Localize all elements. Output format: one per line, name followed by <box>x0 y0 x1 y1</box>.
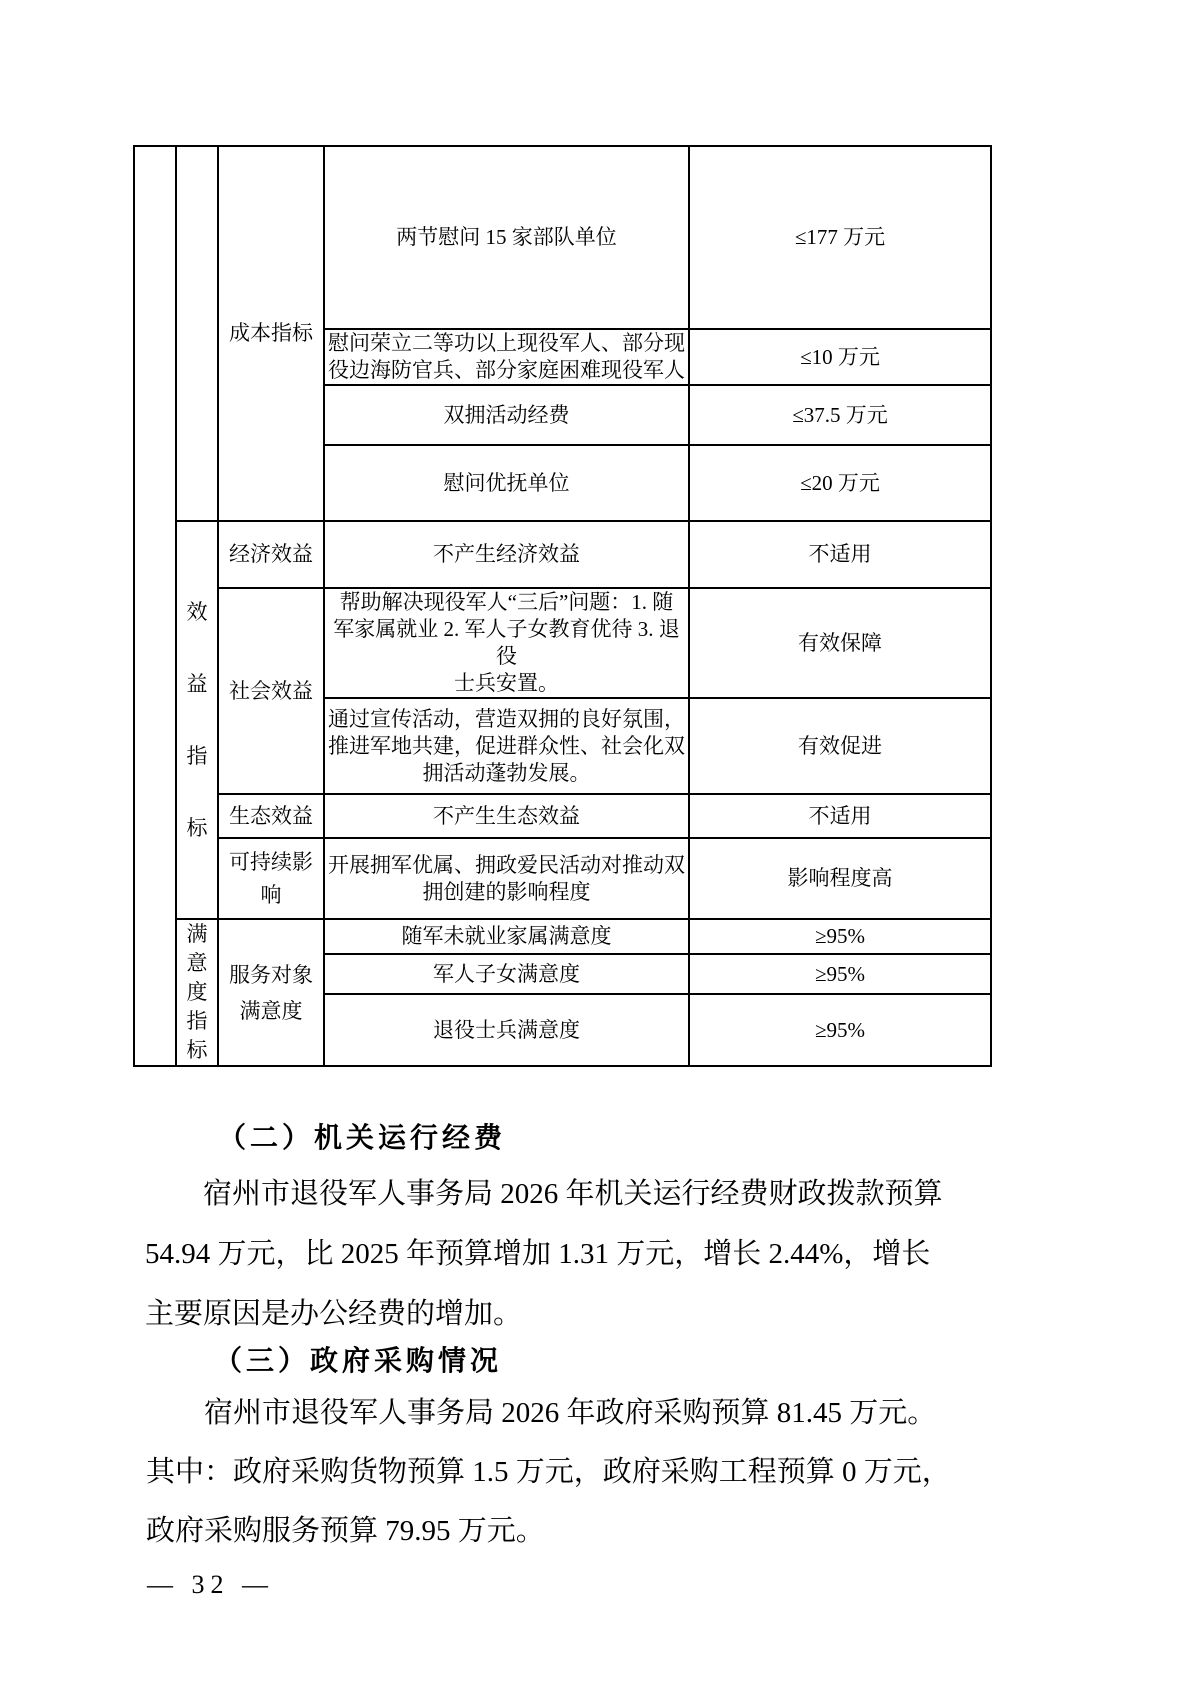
indicator-cell: 随军未就业家属满意度 <box>324 919 689 954</box>
benefit-section-label: 效益指标 <box>176 521 218 919</box>
table-row: 社会效益 帮助解决现役军人“三后”问题：1. 随 军家属就业 2. 军人子女教育… <box>134 588 991 698</box>
value-cell: 影响程度高 <box>689 838 991 919</box>
table-row: 成本指标 两节慰问 15 家部队单位 ≤177 万元 <box>134 146 991 329</box>
table-row: 生态效益 不产生生态效益 不适用 <box>134 794 991 838</box>
section-heading-office-operating-funds: （二）机关运行经费 <box>218 1116 506 1156</box>
service-target-satisfaction-label: 服务对象 满意度 <box>218 919 324 1066</box>
paragraph-office-operating-funds: 宿州市退役军人事务局 2026 年机关运行经费财政拨款预算 54.94 万元，比… <box>145 1164 973 1344</box>
indicator-cell: 不产生经济效益 <box>324 521 689 588</box>
indicator-cell: 帮助解决现役军人“三后”问题：1. 随 军家属就业 2. 军人子女教育优待 3.… <box>324 588 689 698</box>
value-cell: ≤10 万元 <box>689 329 991 385</box>
value-cell: 不适用 <box>689 521 991 588</box>
value-cell: ≤177 万元 <box>689 146 991 329</box>
indicator-cell: 军人子女满意度 <box>324 954 689 994</box>
value-cell: ≥95% <box>689 919 991 954</box>
group-empty-cell <box>176 146 218 521</box>
indicator-cell: 慰问荣立二等功以上现役军人、部分现 役边海防官兵、部分家庭困难现役军人 <box>324 329 689 385</box>
table-row: 可持续影 响 开展拥军优属、拥政爱民活动对推动双 拥创建的影响程度 影响程度高 <box>134 838 991 919</box>
table-row: 满意度指标 服务对象 满意度 随军未就业家属满意度 ≥95% <box>134 919 991 954</box>
indicator-cell: 通过宣传活动，营造双拥的良好氛围， 推进军地共建，促进群众性、社会化双 拥活动蓬… <box>324 698 689 794</box>
page-number: — 32 — <box>147 1570 274 1600</box>
social-benefit-label: 社会效益 <box>218 588 324 794</box>
table-row: 效益指标 经济效益 不产生经济效益 不适用 <box>134 521 991 588</box>
performance-indicator-table: 成本指标 两节慰问 15 家部队单位 ≤177 万元 慰问荣立二等功以上现役军人… <box>133 145 992 1067</box>
level1-empty-cell <box>134 146 176 1066</box>
indicator-cell: 退役士兵满意度 <box>324 994 689 1066</box>
satisfaction-label-text: 满意度指标 <box>185 920 209 1065</box>
value-cell: 有效保障 <box>689 588 991 698</box>
section-heading-government-procurement: （三）政府采购情况 <box>214 1339 502 1379</box>
value-cell: ≥95% <box>689 994 991 1066</box>
indicator-cell: 慰问优抚单位 <box>324 445 689 521</box>
indicator-cell: 双拥活动经费 <box>324 385 689 445</box>
value-cell: ≤37.5 万元 <box>689 385 991 445</box>
satisfaction-section-label: 满意度指标 <box>176 919 218 1066</box>
indicator-cell: 不产生生态效益 <box>324 794 689 838</box>
sustainable-impact-label: 可持续影 响 <box>218 838 324 919</box>
benefit-label-text: 效益指标 <box>185 576 209 864</box>
cost-section-label: 成本指标 <box>218 146 324 521</box>
value-cell: ≤20 万元 <box>689 445 991 521</box>
indicator-cell: 开展拥军优属、拥政爱民活动对推动双 拥创建的影响程度 <box>324 838 689 919</box>
value-cell: ≥95% <box>689 954 991 994</box>
value-cell: 不适用 <box>689 794 991 838</box>
economic-benefit-label: 经济效益 <box>218 521 324 588</box>
indicator-cell: 两节慰问 15 家部队单位 <box>324 146 689 329</box>
ecological-benefit-label: 生态效益 <box>218 794 324 838</box>
document-page: 成本指标 两节慰问 15 家部队单位 ≤177 万元 慰问荣立二等功以上现役军人… <box>0 0 1190 1683</box>
value-cell: 有效促进 <box>689 698 991 794</box>
paragraph-government-procurement: 宿州市退役军人事务局 2026 年政府采购预算 81.45 万元。 其中：政府采… <box>146 1384 974 1561</box>
